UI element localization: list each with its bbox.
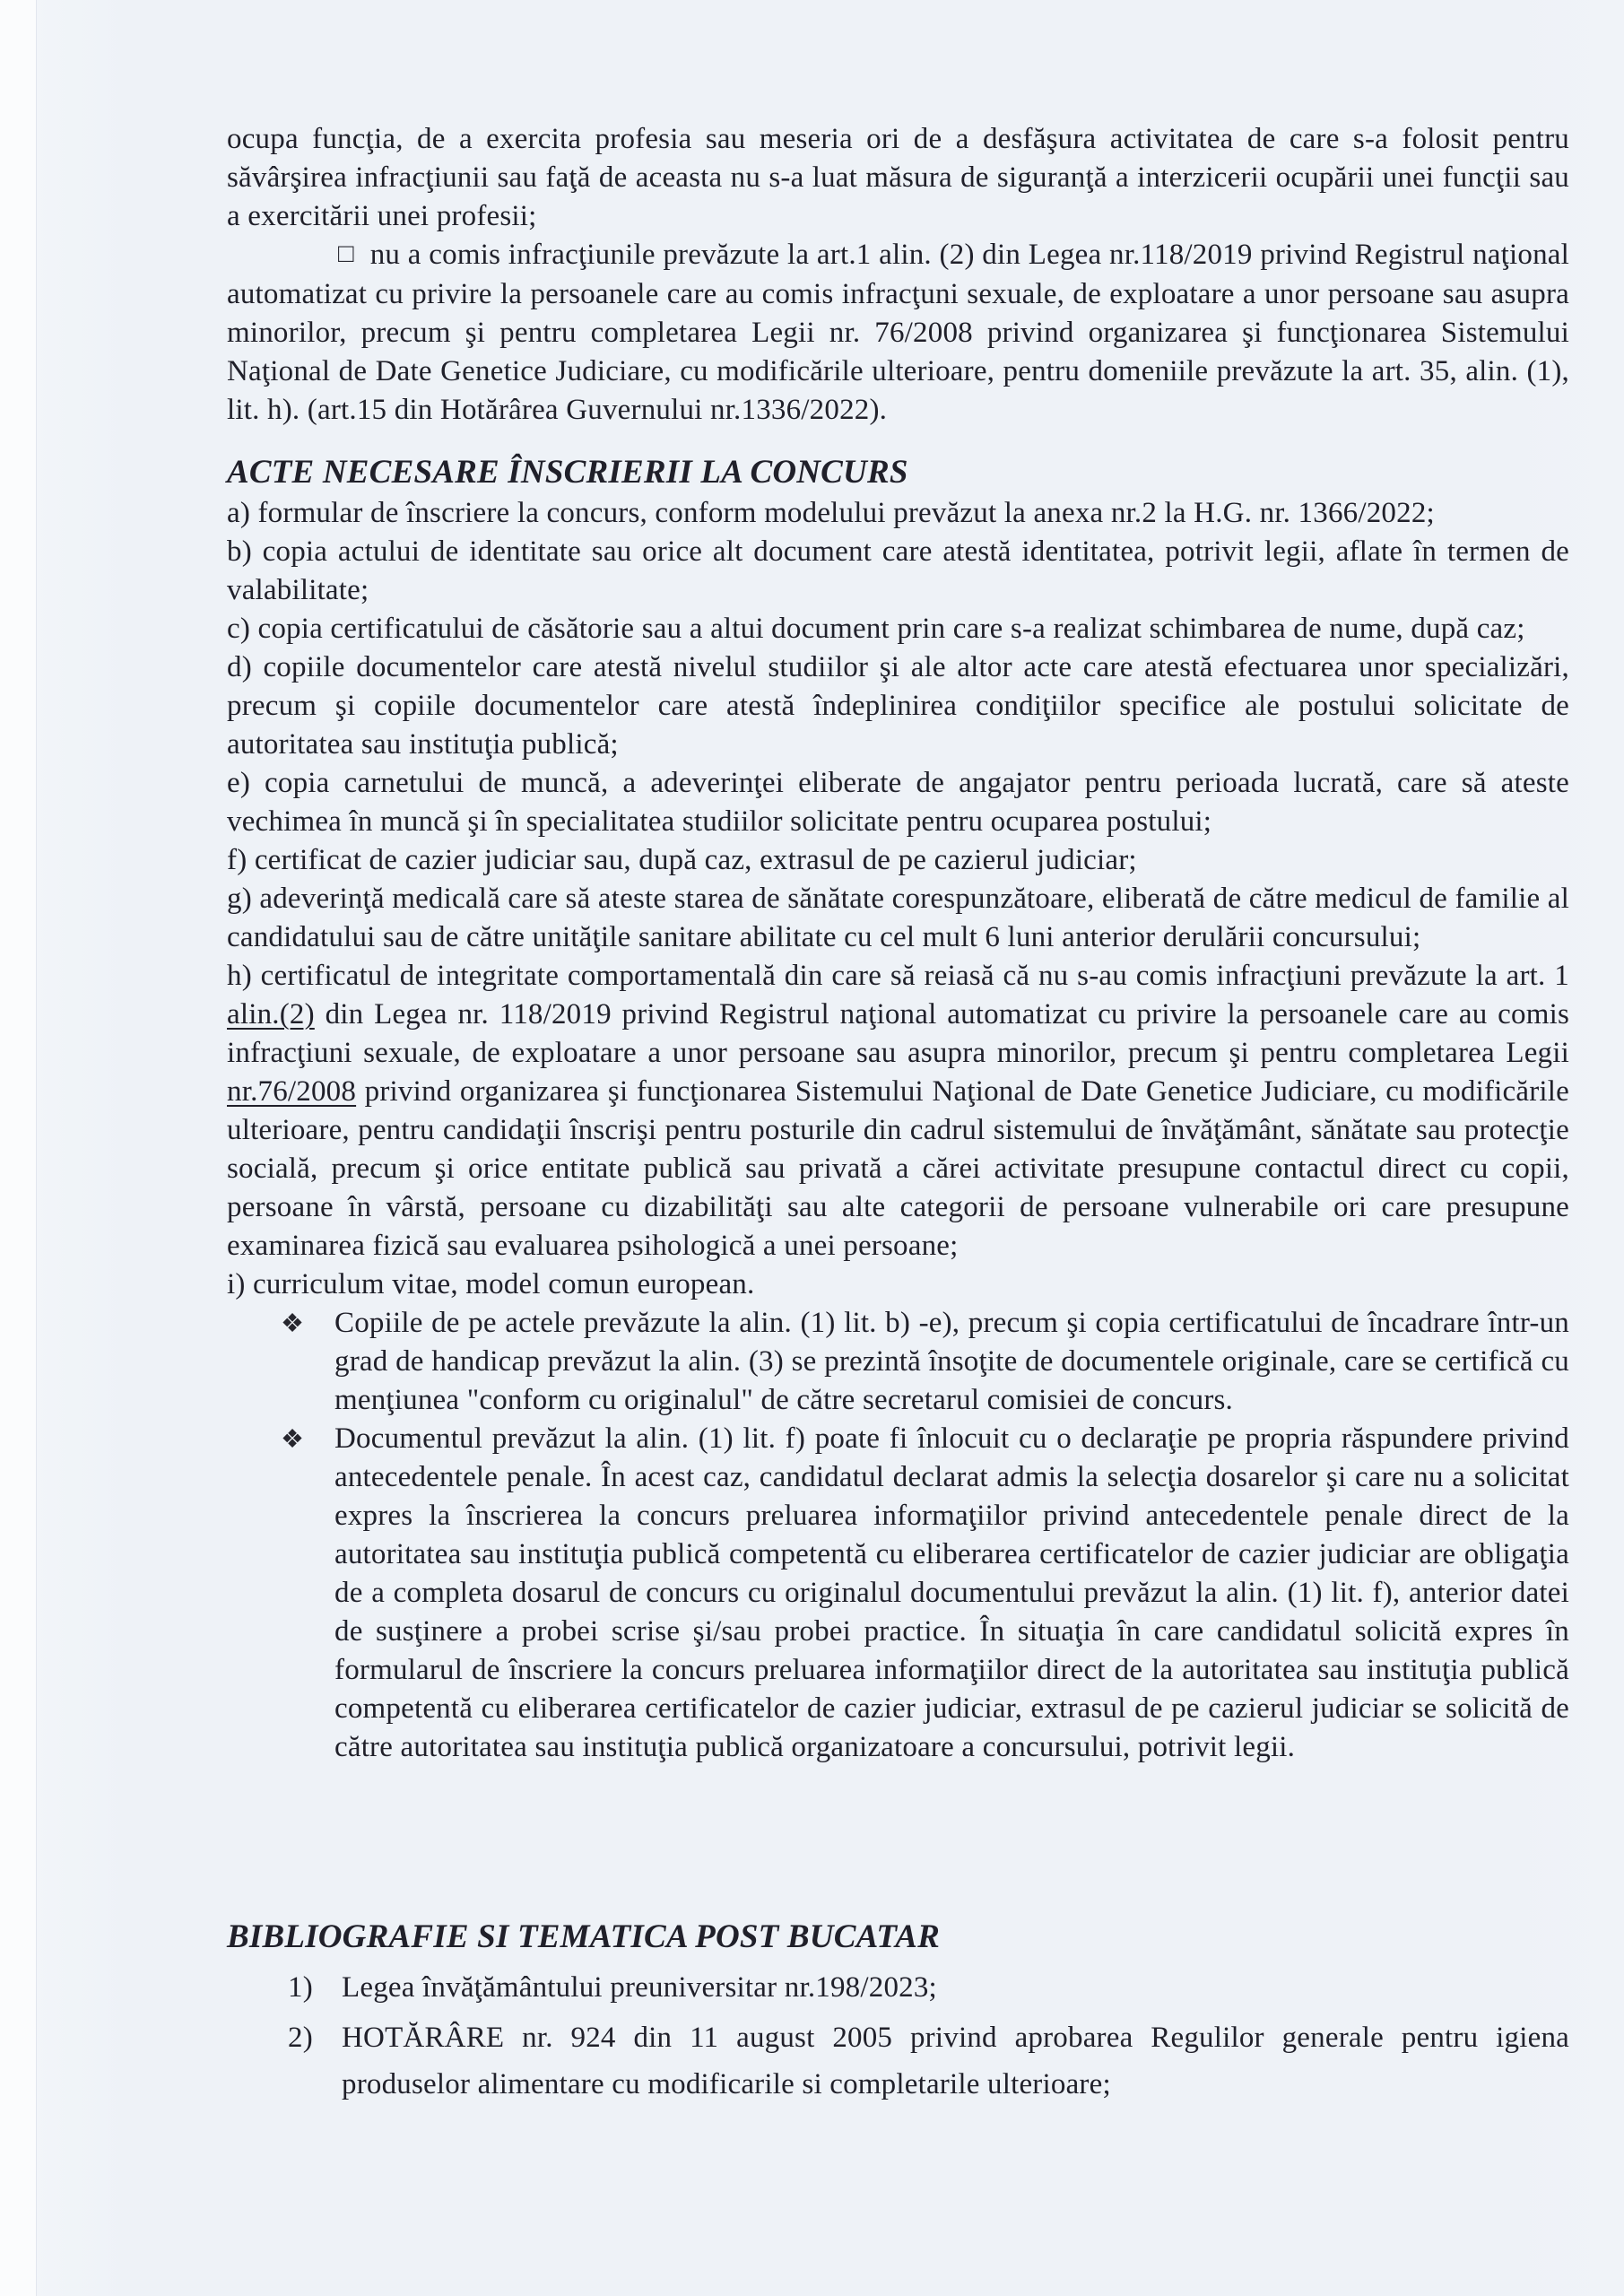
list-item-b: b) copia actului de identitate sau orice… <box>227 533 1569 610</box>
note-bullet-2-text: Documentul prevăzut la alin. (1) lit. f)… <box>334 1422 1569 1763</box>
section-spacer <box>227 1767 1569 1918</box>
section-title-acte-necesare: ACTE NECESARE ÎNSCRIERII LA CONCURS <box>227 453 1569 492</box>
list-item-e: e) copia carnetului de muncă, a adeverin… <box>227 764 1569 841</box>
biblio-item-1-number: 1) <box>288 1964 313 2011</box>
biblio-item-1-text: Legea învăţământului preuniversitar nr.1… <box>342 1971 937 2004</box>
scanned-document-page: ocupa funcţia, de a exercita profesia sa… <box>0 0 1624 2296</box>
biblio-item-1: 1)Legea învăţământului preuniversitar nr… <box>227 1964 1569 2011</box>
section-title-bibliografie: BIBLIOGRAFIE SI TEMATICA POST BUCATAR <box>227 1918 1569 1957</box>
list-item-c: c) copia certificatului de căsătorie sau… <box>227 610 1569 648</box>
diamond-bullet-icon: ❖ <box>281 1305 304 1344</box>
biblio-item-2-text: HOTĂRÂRE nr. 924 din 11 august 2005 priv… <box>342 2022 1569 2100</box>
intro-paragraph: ocupa funcţia, de a exercita profesia sa… <box>227 120 1569 236</box>
item-h-underlined-law-number: nr.76/2008 <box>227 1075 356 1108</box>
checkbox-paragraph-text: nu a comis infracţiunile prevăzute la ar… <box>227 239 1569 426</box>
list-item-f: f) certificat de cazier judiciar sau, du… <box>227 841 1569 880</box>
diamond-bullet-icon: ❖ <box>281 1421 304 1459</box>
note-bullet-1: ❖Copiile de pe actele prevăzute la alin.… <box>227 1304 1569 1420</box>
note-bullet-1-text: Copiile de pe actele prevăzute la alin. … <box>334 1307 1569 1416</box>
scan-left-edge <box>0 0 37 2296</box>
note-bullet-2: ❖Documentul prevăzut la alin. (1) lit. f… <box>227 1420 1569 1767</box>
biblio-item-2-number: 2) <box>288 2014 313 2061</box>
item-h-text-end: privind organizarea şi funcţionarea Sist… <box>227 1075 1569 1262</box>
item-h-text: h) certificatul de integritate comportam… <box>227 960 1569 992</box>
list-item-h: h) certificatul de integritate comportam… <box>227 957 1569 1265</box>
list-item-d: d) copiile documentelor care atestă nive… <box>227 648 1569 764</box>
list-item-i: i) curriculum vitae, model comun europea… <box>227 1265 1569 1304</box>
document-content: ocupa funcţia, de a exercita profesia sa… <box>227 0 1569 2108</box>
list-item-g: g) adeverinţă medicală care să ateste st… <box>227 880 1569 957</box>
item-h-text-middle: din Legea nr. 118/2019 privind Registrul… <box>227 998 1569 1069</box>
checkbox-paragraph: □nu a comis infracţiunile prevăzute la a… <box>227 236 1569 430</box>
list-item-a: a) formular de înscriere la concurs, con… <box>227 494 1569 533</box>
empty-checkbox-icon: □ <box>282 235 354 274</box>
item-h-underlined-reference: alin.(2) <box>227 998 315 1031</box>
biblio-item-2: 2)HOTĂRÂRE nr. 924 din 11 august 2005 pr… <box>227 2014 1569 2108</box>
